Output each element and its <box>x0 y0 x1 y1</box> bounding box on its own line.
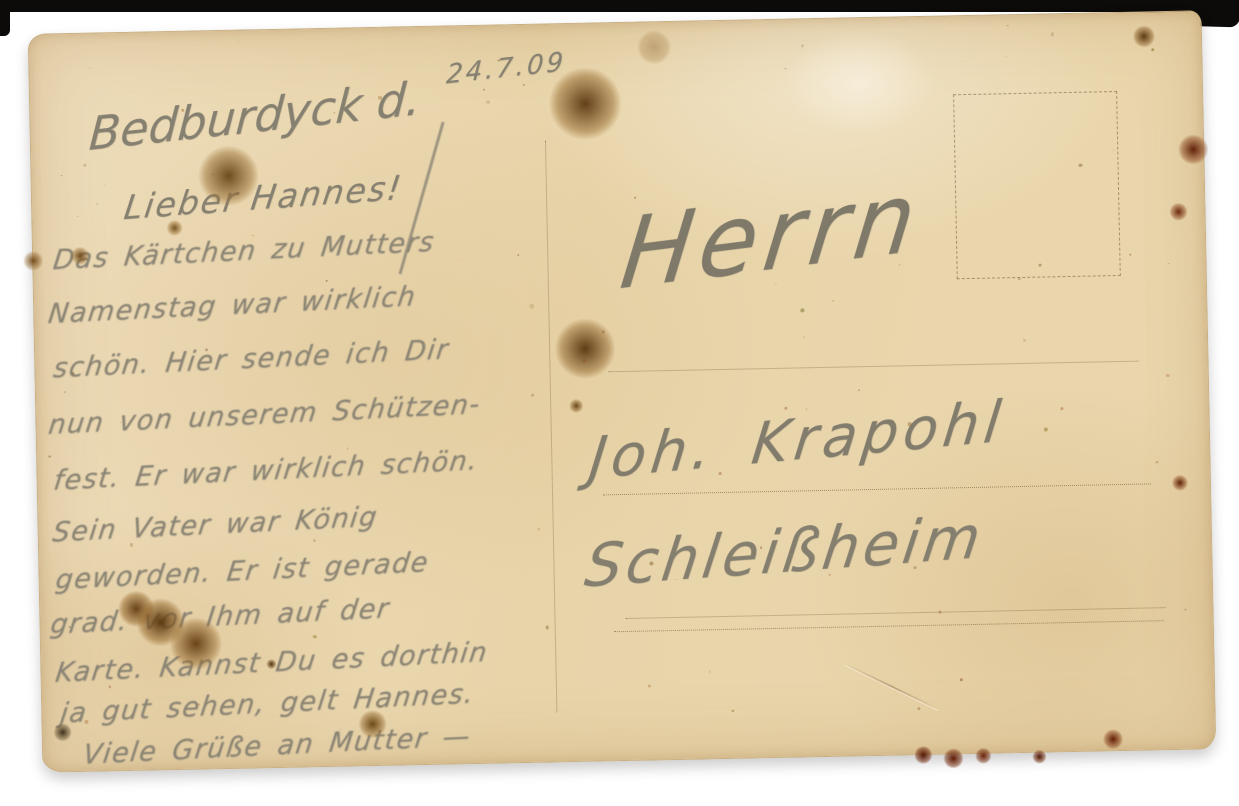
paper-speck <box>914 566 916 568</box>
paper-speck <box>313 635 317 639</box>
message-line: Namenstag war wirklich <box>46 281 418 330</box>
message-line: nun von unserem Schützen- <box>47 389 483 441</box>
message-line: Sein Vater war König <box>51 501 380 548</box>
dateline-date: 24.7.09 <box>445 47 567 90</box>
paper-speck <box>1151 49 1154 52</box>
paper-speck <box>197 703 199 705</box>
freckle-layer <box>29 11 1201 35</box>
stain <box>54 723 72 741</box>
paper-speck <box>238 41 239 42</box>
paper-speck <box>537 528 540 531</box>
paper-speck <box>531 394 534 397</box>
paper-speck <box>732 710 734 712</box>
paper-speck <box>708 671 711 674</box>
message-line: schön. Hier sende ich Dir <box>52 334 452 384</box>
scanned-postcard-back: Bedburdyck d. 24.7.09 Lieber Hannes! Das… <box>0 0 1239 806</box>
address-recipient-title: Herrn <box>615 160 927 312</box>
paper-speck <box>602 330 605 333</box>
stain <box>1103 729 1123 749</box>
postcard: Bedburdyck d. 24.7.09 Lieber Hannes! Das… <box>28 10 1217 772</box>
paper-speck <box>64 392 66 394</box>
stain <box>637 30 672 65</box>
paper-speck <box>325 280 327 282</box>
dateline: Bedburdyck d. 24.7.09 <box>87 47 566 161</box>
message-line: fest. Er war wirklich schön. <box>52 445 481 497</box>
paper-speck <box>803 336 805 338</box>
paper-speck <box>357 187 360 190</box>
paper-speck <box>1051 32 1055 36</box>
paper-speck <box>1168 263 1169 264</box>
address-recipient-name: Joh. Krapohl <box>586 388 1009 492</box>
paper-speck <box>1023 338 1026 341</box>
paper-speck <box>71 372 74 375</box>
salutation: Lieber Hannes! <box>122 168 405 228</box>
paper-speck <box>938 610 941 613</box>
message-line: ja gut sehen, gelt Hannes. <box>58 678 476 729</box>
paper-speck <box>461 260 462 261</box>
paper-speck <box>582 359 586 363</box>
paper-speck <box>805 408 807 410</box>
paper-speck <box>801 309 804 312</box>
paper-speck <box>97 203 99 205</box>
stain <box>1133 25 1155 47</box>
paper-speck <box>530 304 534 308</box>
paper-speck <box>61 175 63 177</box>
paper-speck <box>379 705 381 707</box>
stain-layer <box>29 11 1201 35</box>
stain <box>1178 134 1209 165</box>
stain <box>975 748 991 764</box>
paper-light-patch <box>784 29 936 137</box>
stain <box>914 746 932 764</box>
paper-speck <box>252 234 254 236</box>
address-rule-line <box>609 361 1139 373</box>
stain <box>166 220 182 236</box>
paper-speck <box>828 573 830 575</box>
paper-speck <box>718 472 721 475</box>
message-body: Das Kärtchen zu MuttersNamenstag war wir… <box>29 11 1201 35</box>
paper-speck <box>313 539 316 542</box>
paper-speck <box>649 561 653 565</box>
paper-speck <box>1039 263 1042 266</box>
paper-speck <box>517 254 519 256</box>
paper-speck <box>648 685 651 688</box>
stain <box>1169 203 1187 221</box>
paper-speck <box>1129 254 1131 256</box>
stain <box>549 67 622 140</box>
paper-speck <box>1043 427 1047 431</box>
paper-speck <box>89 68 90 69</box>
paper-speck <box>1079 163 1083 167</box>
paper-speck <box>104 184 106 186</box>
paper-speck <box>129 543 133 547</box>
stain <box>569 399 583 413</box>
address-rule-line <box>603 483 1151 495</box>
paper-speck <box>960 678 963 681</box>
scanner-edge-artifact-left <box>0 10 10 36</box>
paper-speck <box>77 216 79 218</box>
paper-speck <box>1166 374 1170 378</box>
stain <box>1032 750 1046 764</box>
paper-speck <box>83 164 86 167</box>
paper-speck <box>1156 461 1158 463</box>
paper-speck <box>182 108 185 111</box>
paper-speck <box>333 111 335 113</box>
paper-speck <box>1185 609 1187 611</box>
paper-speck <box>1005 56 1007 58</box>
stamp-box <box>953 91 1121 279</box>
stain <box>1172 475 1188 491</box>
paper-speck <box>487 101 490 104</box>
message-line: Viele Grüße an Mutter — <box>81 721 473 771</box>
paper-speck <box>1007 25 1009 27</box>
address-rule-line <box>626 607 1166 619</box>
message-line: Das Kärtchen zu Mutters <box>51 226 436 276</box>
paper-speck <box>1061 407 1064 410</box>
stain <box>23 251 43 271</box>
paper-speck <box>917 707 920 710</box>
paper-crease <box>845 663 939 710</box>
paper-speck <box>347 448 349 450</box>
paper-speck <box>48 455 51 458</box>
paper-speck <box>546 626 549 629</box>
stain <box>943 748 963 768</box>
dateline-place: Bedburdyck d. <box>87 70 422 160</box>
paper-speck <box>1018 278 1021 281</box>
message-line: geworden. Er ist gerade <box>54 547 431 596</box>
paper-speck <box>858 389 860 391</box>
address-place: Schleißheim <box>581 503 988 601</box>
address-rule-line <box>614 620 1164 632</box>
paper-speck <box>109 686 111 688</box>
paper-speck <box>832 299 834 301</box>
paper-speck <box>908 422 911 425</box>
stain <box>555 318 616 379</box>
scanner-edge-artifact <box>0 0 1168 12</box>
